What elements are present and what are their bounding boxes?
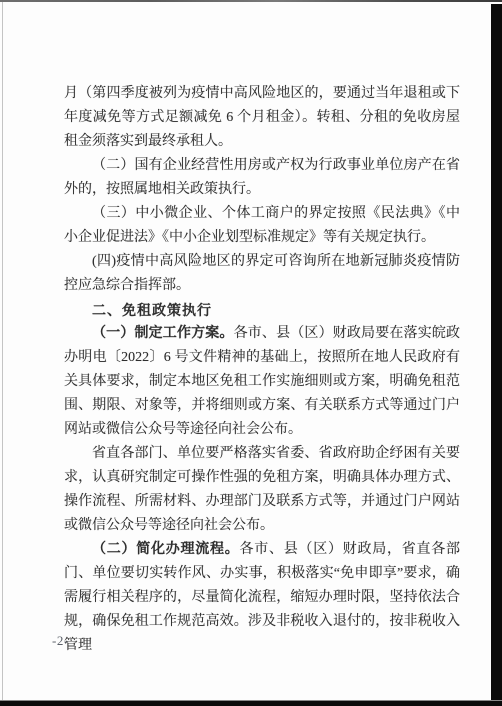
paragraph: （三）中小微企业、个体工商户的界定按照《民法典》《中小企业促进法》《中小企业划型… xyxy=(64,202,460,250)
paragraph: （二）国有企业经营性用房或产权为行政事业单位房产在省外的，按照属地相关政策执行。 xyxy=(64,154,460,202)
scan-edge-left xyxy=(2,2,3,701)
paragraph: (四)疫情中高风险地区的界定可咨询所在地新冠肺炎疫情防控应急综合指挥部。 xyxy=(64,250,460,298)
page-number: -2- xyxy=(52,633,69,649)
paragraph: 月（第四季度被列为疫情中高风险地区的，要通过当年退租或下年度减免等方式足额减免 … xyxy=(64,82,460,154)
scan-edge-right xyxy=(491,4,502,706)
section-heading: 二、免租政策执行 xyxy=(64,298,460,322)
paragraph-lead: （二）简化办理流程。 xyxy=(92,542,240,557)
scan-edge-bottom xyxy=(0,700,502,706)
paragraph-lead: （一）制定工作方案。 xyxy=(92,326,234,341)
document-body: 月（第四季度被列为疫情中高风险地区的，要通过当年退租或下年度减免等方式足额减免 … xyxy=(64,82,460,658)
paragraph: （一）制定工作方案。各市、县（区）财政局要在落实皖政办明电〔2022〕6 号文件… xyxy=(64,322,460,442)
paragraph: 省直各部门、单位要严格落实省委、省政府助企纾困有关要求，认真研究制定可操作性强的… xyxy=(64,442,460,538)
scan-edge-top xyxy=(0,0,502,2)
scanned-document-page: 月（第四季度被列为疫情中高风险地区的，要通过当年退租或下年度减免等方式足额减免 … xyxy=(0,0,502,706)
paragraph: （二）简化办理流程。各市、县（区）财政局，省直各部门、单位要切实转作风、办实事，… xyxy=(64,538,460,658)
